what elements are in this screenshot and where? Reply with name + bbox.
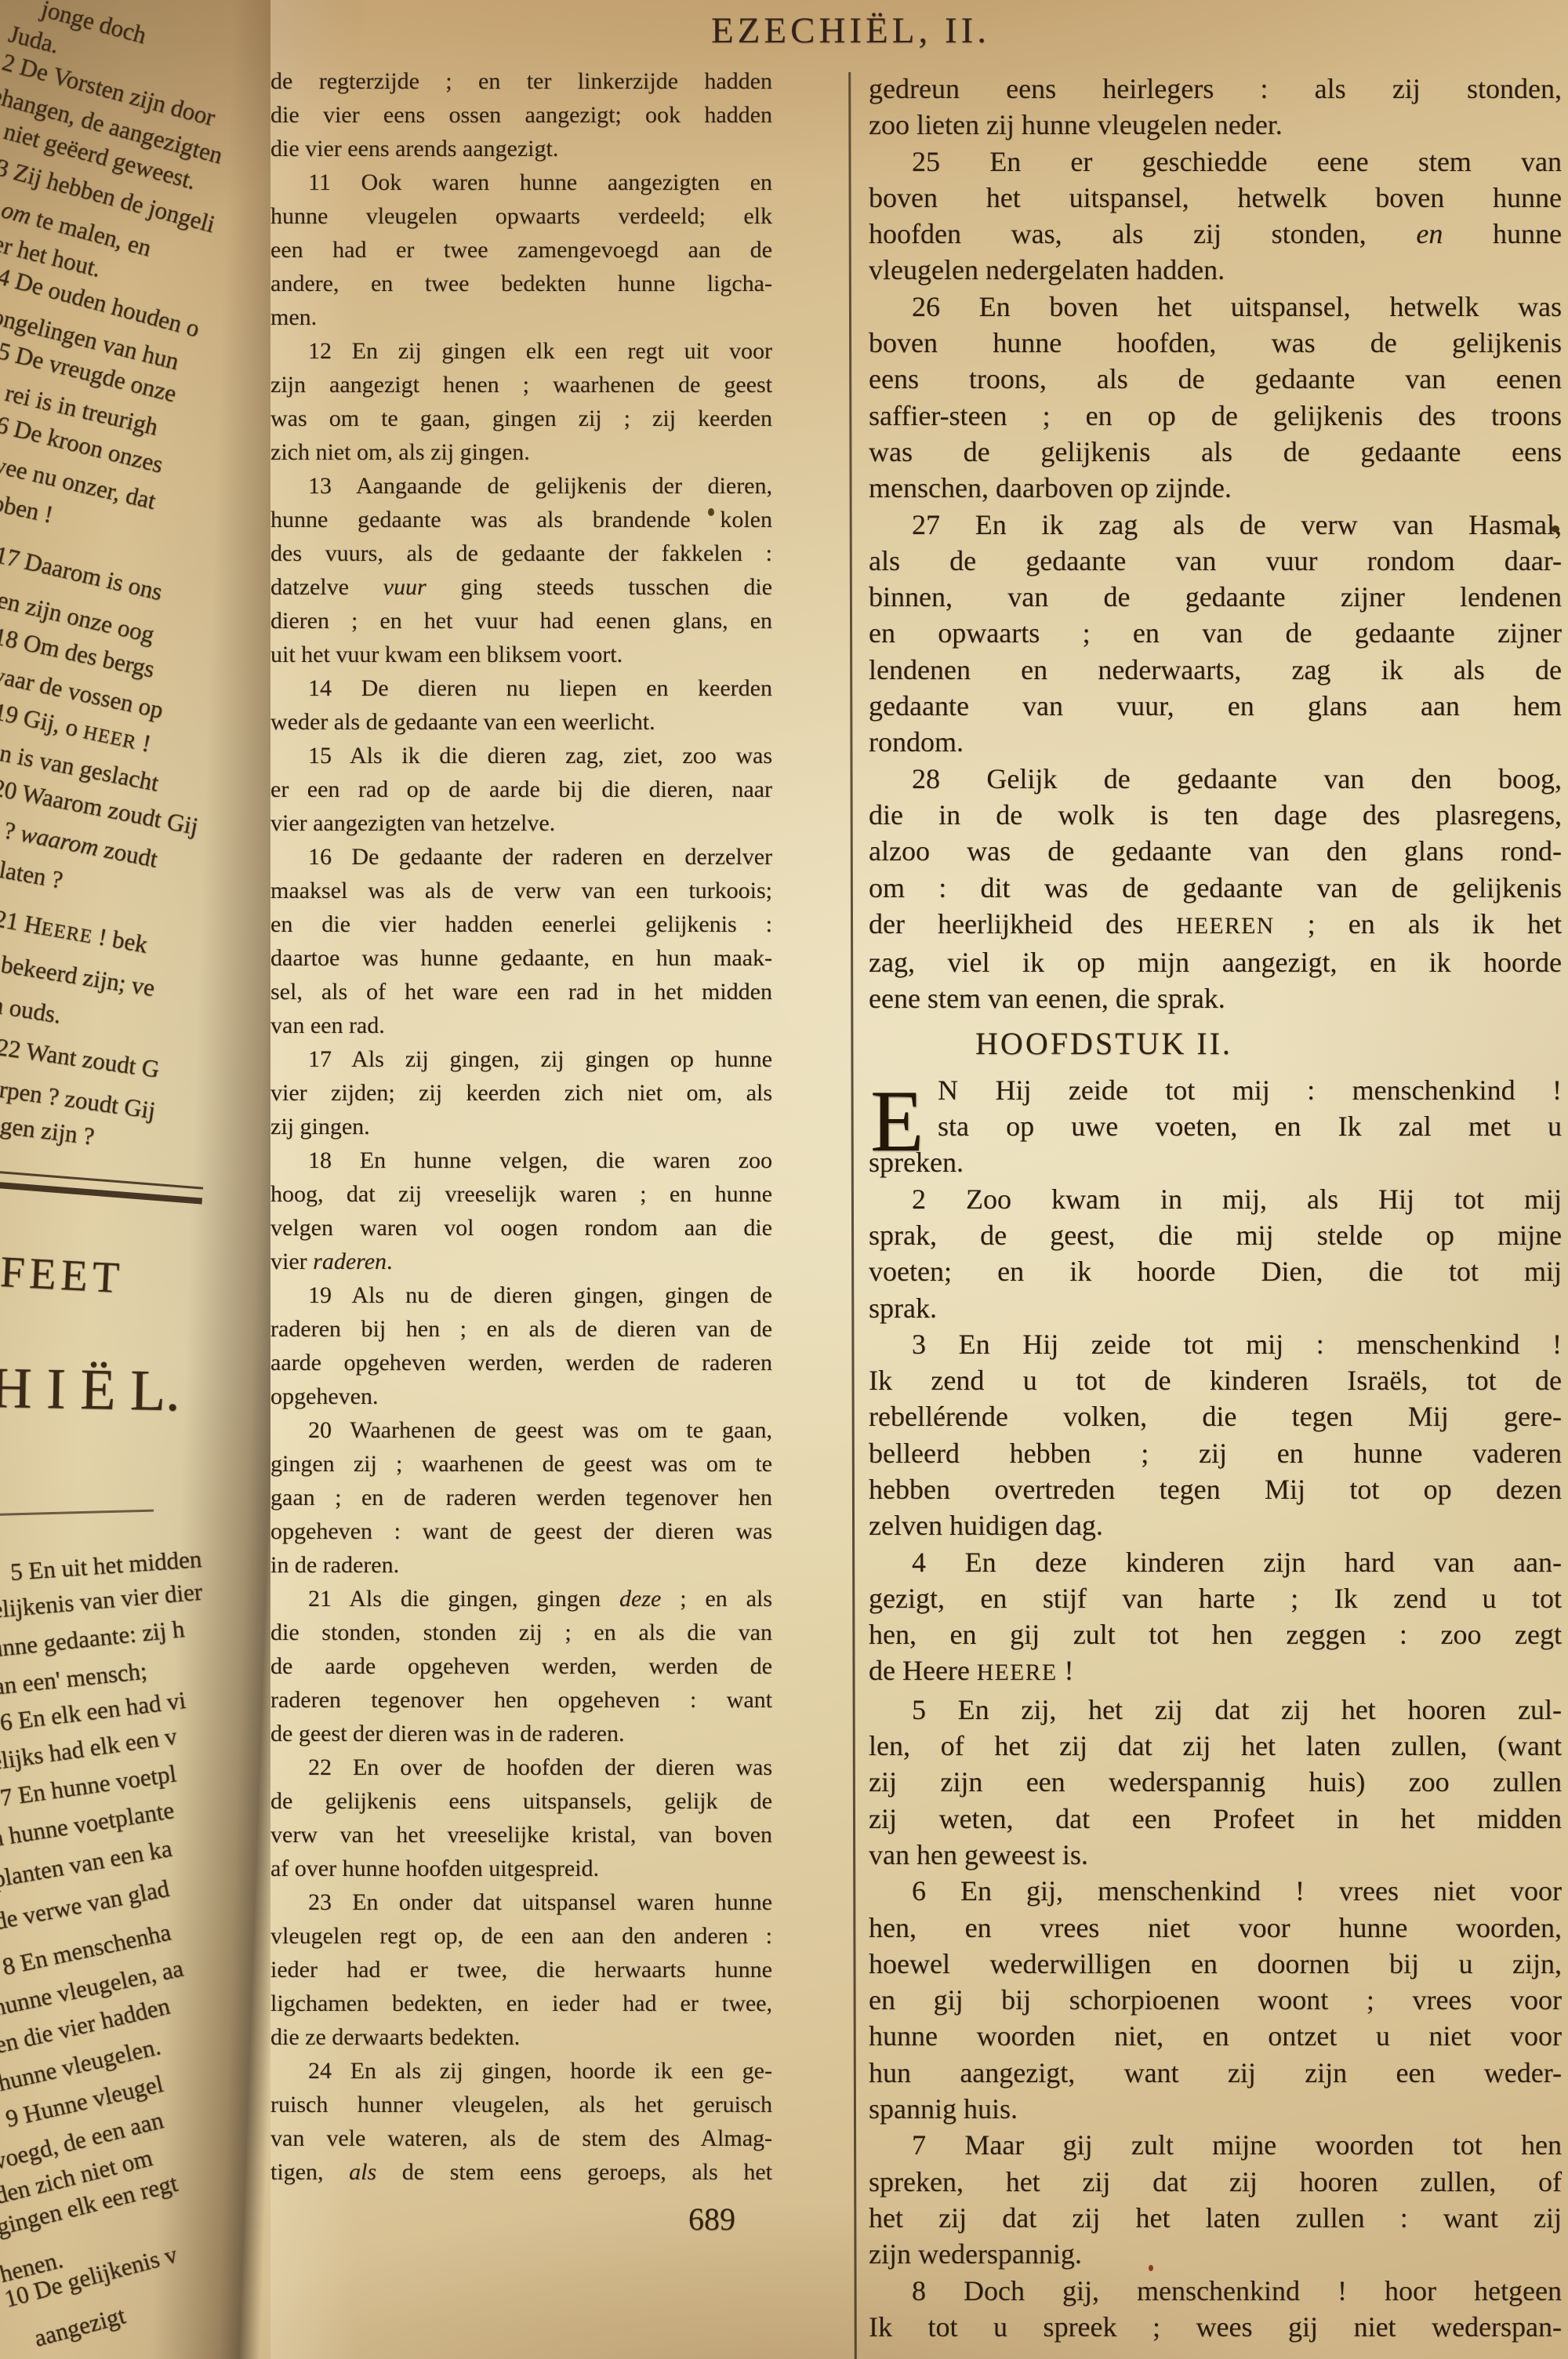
text-line: velgen waren vol oogen rondom aan die <box>270 1211 772 1245</box>
text-line: er een rad op de aarde bij die dieren, n… <box>270 772 772 806</box>
text-line: 28 Gelijk de gedaante van den boog, <box>869 761 1562 797</box>
edge-text-fragment: n ouds. <box>0 991 63 1029</box>
text-line: 21 Als die gingen, gingen deze ; en als <box>270 1582 772 1616</box>
text-line: binnen, van de gedaante zijner lendenen <box>869 579 1562 615</box>
text-line: was om te gaan, gingen zij ; zij keerden <box>270 402 772 435</box>
text-line: raderen tegenover hen opgeheven : want <box>270 1683 772 1717</box>
text-line: 4 En deze kinderen zijn hard van aan- <box>869 1544 1562 1580</box>
text-line: 20 Waarhenen de geest was om te gaan, <box>270 1413 772 1447</box>
text-line: ruisch hunner vleugelen, als het geruisc… <box>270 2088 772 2121</box>
text-line: en gij bij schorpioenen woont ; vrees vo… <box>869 1982 1562 2018</box>
text-line: spreken. <box>869 1144 1562 1180</box>
text-line: zoo lieten zij hunne vleugelen neder. <box>869 107 1562 143</box>
text-line: 2 Zoo kwam in mij, als Hij tot mij <box>869 1181 1562 1217</box>
text-line: sta op uwe voeten, en Ik zal met u <box>869 1108 1562 1144</box>
text-line: voeten; en ik hoorde Dien, die tot mij <box>869 1253 1562 1289</box>
text-line: menschen, daarboven op zijnde. <box>869 470 1562 506</box>
text-line: en die vier hadden eenerlei gelijkenis : <box>270 907 772 941</box>
text-line: hun aangezigt, want zij zijn een weder- <box>869 2055 1562 2091</box>
text-line: 5 En zij, het zij dat zij het hooren zul… <box>869 1692 1562 1728</box>
text-line: andere, en twee bedekten hunne ligcha- <box>270 267 772 300</box>
text-line: gaan ; en de raderen werden tegenover he… <box>270 1481 772 1514</box>
right-column-top-lines: gedreun eens heirlegers : als zij stonde… <box>869 71 1562 1017</box>
text-line: gezigt, en stijf van harte ; Ik zend u t… <box>869 1580 1562 1616</box>
right-column-rest-lines: 2 Zoo kwam in mij, als Hij tot mijsprak,… <box>869 1181 1562 2346</box>
right-text-column: gedreun eens heirlegers : als zij stonde… <box>869 71 1562 2345</box>
text-line: 14 De dieren nu liepen en keerden <box>270 671 772 705</box>
text-line: hoofden was, als zij stonden, en hunne <box>869 216 1562 252</box>
title-underline-rule <box>0 1510 154 1516</box>
drop-cap: E <box>870 1078 924 1165</box>
text-line: 11 Ook waren hunne aangezigten en <box>270 165 772 199</box>
text-line: alzoo was de gedaante van den glans rond… <box>869 833 1562 869</box>
text-line: tigen, als de stem eens geroeps, als het <box>270 2155 772 2189</box>
text-line: belleerd hebben ; zij en hunne vaderen <box>869 1435 1562 1471</box>
text-line: rebellérende volken, die tegen Mij gere- <box>869 1398 1562 1434</box>
text-line: uit het vuur kwam een bliksem voort. <box>270 638 772 671</box>
text-line: boven het uitspansel, hetwelk boven hunn… <box>869 180 1562 216</box>
text-line: zij gingen. <box>270 1110 772 1143</box>
text-line: zij weten, dat een Profeet in het midden <box>869 1801 1562 1837</box>
text-line: Ik zend u tot de kinderen Israëls, tot d… <box>869 1362 1562 1398</box>
text-line: N Hij zeide tot mij : menschenkind ! <box>869 1072 1562 1108</box>
text-line: die in de wolk is ten dage des plasregen… <box>869 797 1562 833</box>
text-line: zijn aangezigt henen ; waarhenen de gees… <box>270 368 772 402</box>
text-line: af over hunne hoofden uitgespreid. <box>270 1852 772 1885</box>
text-line: ligchamen bedekten, en ieder had er twee… <box>270 1986 772 2020</box>
left-text-column: de regterzijde ; en ter linkerzijde hadd… <box>270 64 772 2189</box>
text-line: saffier-steen ; en op de gelijkenis des … <box>869 398 1562 434</box>
text-line: de regterzijde ; en ter linkerzijde hadd… <box>270 64 772 98</box>
text-line: vleugelen nedergelaten hadden. <box>869 252 1562 288</box>
dropcap-paragraph: E N Hij zeide tot mij : menschenkind !st… <box>869 1072 1562 1181</box>
text-line: om : dit was de gedaante van de gelijken… <box>869 870 1562 906</box>
text-line: 19 Als nu de dieren gingen, gingen de <box>270 1278 772 1312</box>
text-line: len, of het zij dat zij het laten zullen… <box>869 1728 1562 1764</box>
text-line: des vuurs, als de gedaante der fakkelen … <box>270 536 772 570</box>
text-line: hoog, dat zij vreeselijk waren ; en hunn… <box>270 1177 772 1211</box>
edge-text-fragment: j bekeerd zijn; ve <box>0 949 157 1001</box>
text-line: hunne vleugelen opwaarts verdeeld; elk <box>270 199 772 233</box>
text-line: zich niet om, als zij gingen. <box>270 435 772 469</box>
text-line: eens troons, als de gedaante van eenen <box>869 361 1562 397</box>
text-line: de Heere HEERE ! <box>869 1652 1562 1691</box>
text-line: 25 En er geschiedde eene stem van <box>869 144 1562 180</box>
text-line: 27 En ik zag als de verw van Hasmal, <box>869 507 1562 543</box>
text-line: datzelve vuur ging steeds tusschen die <box>270 570 772 604</box>
edge-text-fragment: lgen zijn ? <box>0 1111 96 1150</box>
text-line: 6 En gij, menschenkind ! vrees niet voor <box>869 1873 1562 1909</box>
text-line: de aarde opgeheven werden, werden de <box>270 1649 772 1683</box>
text-line: die stonden, stonden zij ; en als die va… <box>270 1616 772 1649</box>
text-line: Ik tot u spreek ; wees gij niet wederspa… <box>869 2309 1562 2345</box>
text-line: de geest der dieren was in de raderen. <box>270 1717 772 1750</box>
text-line: lendenen en nederwaarts, zag ik als de <box>869 652 1562 688</box>
edge-text-fragment: rlaten ? <box>0 855 65 894</box>
text-line: 3 En Hij zeide tot mij : menschenkind ! <box>869 1326 1562 1362</box>
ink-speck <box>1552 525 1559 533</box>
text-line: van vele wateren, als de stem des Almag- <box>270 2121 772 2155</box>
text-line: maaksel was als de verw van een turkoois… <box>270 874 772 907</box>
text-line: in de raderen. <box>270 1548 772 1582</box>
text-line: ieder had er twee, die herwaarts hunne <box>270 1953 772 1986</box>
text-line: hebben overtreden tegen Mij tot op dezen <box>869 1471 1562 1507</box>
column-divider-line <box>848 72 857 2359</box>
text-line: het zij dat zij het laten zullen : want … <box>869 2200 1562 2236</box>
text-line: hen, en vrees niet voor hunne woorden, <box>869 1910 1562 1946</box>
running-head: EZECHIËL, II. <box>615 9 1086 52</box>
section-end-double-rule <box>0 1170 203 1205</box>
text-line: zijn wederspannig. <box>869 2236 1562 2272</box>
text-line: rondom. <box>869 724 1562 760</box>
ink-speck <box>708 508 714 516</box>
text-line: vier raderen. <box>270 1245 772 1278</box>
text-line: dieren ; en het vuur had eenen glans, en <box>270 604 772 638</box>
text-line: een had er twee zamengevoegd aan de <box>270 233 772 267</box>
text-line: hen, en gij zult tot hen zeggen : zoo ze… <box>869 1616 1562 1652</box>
text-line: aarde opgeheven werden, werden de radere… <box>270 1346 772 1379</box>
text-line: sprak. <box>869 1290 1562 1326</box>
text-line: 24 En als zij gingen, hoorde ik een ge- <box>270 2054 772 2088</box>
text-line: sprak, de geest, die mij stelde op mijne <box>869 1217 1562 1253</box>
text-line: was de gelijkenis als de gedaante eens <box>869 434 1562 470</box>
text-line: verw van het vreeselijke kristal, van bo… <box>270 1818 772 1852</box>
text-line: als de gedaante van vuur rondom daar- <box>869 543 1562 579</box>
page-number: 689 <box>633 2201 790 2237</box>
text-line: boven hunne hoofden, was de gelijkenis <box>869 325 1562 361</box>
text-line: eene stem van eenen, die sprak. <box>869 980 1562 1016</box>
text-line: 15 Als ik die dieren zag, ziet, zoo was <box>270 739 772 772</box>
text-line: opgeheven : want de geest der dieren was <box>270 1514 772 1548</box>
text-line: spannig huis. <box>869 2091 1562 2127</box>
text-line: zelven huidigen dag. <box>869 1507 1562 1543</box>
edge-text-fragment: aangezigt <box>31 2302 129 2352</box>
text-line: vier aangezigten van hetzelve. <box>270 806 772 840</box>
text-line: van hen geweest is. <box>869 1837 1562 1873</box>
text-line: 22 En over de hoofden der dieren was <box>270 1750 772 1784</box>
text-line: zag, viel ik op mijn aangezigt, en ik ho… <box>869 944 1562 980</box>
text-line: raderen bij hen ; en als de dieren van d… <box>270 1312 772 1346</box>
text-line: die vier eens ossen aangezigt; ook hadde… <box>270 98 772 132</box>
edge-text-fragment: H I Ë L. <box>0 1357 180 1424</box>
text-line: 12 En zij gingen elk een regt uit voor <box>270 334 772 368</box>
text-line: 26 En boven het uitspansel, hetwelk was <box>869 289 1562 325</box>
edge-text-fragment: bben ! <box>0 489 56 529</box>
text-line: van een rad. <box>270 1009 772 1042</box>
text-line: der heerlijkheid des HEEREN ; en als ik … <box>869 906 1562 944</box>
text-line: 7 Maar gij zult mijne woorden tot hen <box>869 2127 1562 2163</box>
text-line: gingen zij ; waarhenen de geest was om t… <box>270 1447 772 1481</box>
edge-text-fragment: 22 Want zoudt G <box>0 1034 162 1083</box>
text-line: sel, als of het ware een rad in het midd… <box>270 975 772 1009</box>
text-line: gedreun eens heirlegers : als zij stonde… <box>869 71 1562 107</box>
text-line: vier zijden; zij keerden zich niet om, a… <box>270 1076 772 1110</box>
text-line: 23 En onder dat uitspansel waren hunne <box>270 1885 772 1919</box>
text-line: die ze derwaarts bedekten. <box>270 2020 772 2054</box>
edge-text-fragment: unne gedaante: zij h <box>0 1616 186 1663</box>
book-page: jonge dochJuda.2 De Vorsten zijn dooreha… <box>0 0 1568 2359</box>
text-line: 16 De gedaante der raderen en derzelver <box>270 840 772 874</box>
text-line: 13 Aangaande de gelijkenis der dieren, <box>270 469 772 503</box>
text-line: daartoe was hunne gedaante, en hun maak- <box>270 941 772 975</box>
text-line: hunne gedaante was als brandende kolen <box>270 503 772 536</box>
text-line: hoewel wederwilligen en doornen bij u zi… <box>869 1946 1562 1982</box>
chapter-heading: HOOFDSTUK II. <box>869 1023 1339 1064</box>
ink-speck <box>1149 2265 1153 2271</box>
text-line: gedaante van vuur, en glans aan hem <box>869 688 1562 724</box>
text-line: 17 Als zij gingen, zij gingen op hunne <box>270 1042 772 1076</box>
text-line: vleugelen regt op, de een aan den andere… <box>270 1919 772 1953</box>
text-line: 18 En hunne velgen, die waren zoo <box>270 1143 772 1177</box>
text-line: 8 Doch gij, menschenkind ! hoor hetgeen <box>869 2273 1562 2309</box>
edge-text-fragment: FEET <box>0 1249 125 1303</box>
previous-page-edge: jonge dochJuda.2 De Vorsten zijn dooreha… <box>0 0 270 2359</box>
text-line: spreken, het zij dat zij hooren zullen, … <box>869 2164 1562 2200</box>
edge-text-fragment: 21 HEERE ! bek <box>0 905 150 958</box>
text-line: opgeheven. <box>270 1379 772 1413</box>
text-line: men. <box>270 300 772 334</box>
text-line: weder als de gedaante van een weerlicht. <box>270 705 772 739</box>
text-line: die vier eens arends aangezigt. <box>270 132 772 165</box>
text-line: hunne woorden niet, en ontzet u niet voo… <box>869 2018 1562 2054</box>
text-line: en opwaarts ; en van de gedaante zijner <box>869 615 1562 651</box>
text-line: de gelijkenis eens uitspansels, gelijk d… <box>270 1784 772 1818</box>
text-line: zij zijn een wederspannig huis) zoo zull… <box>869 1764 1562 1800</box>
